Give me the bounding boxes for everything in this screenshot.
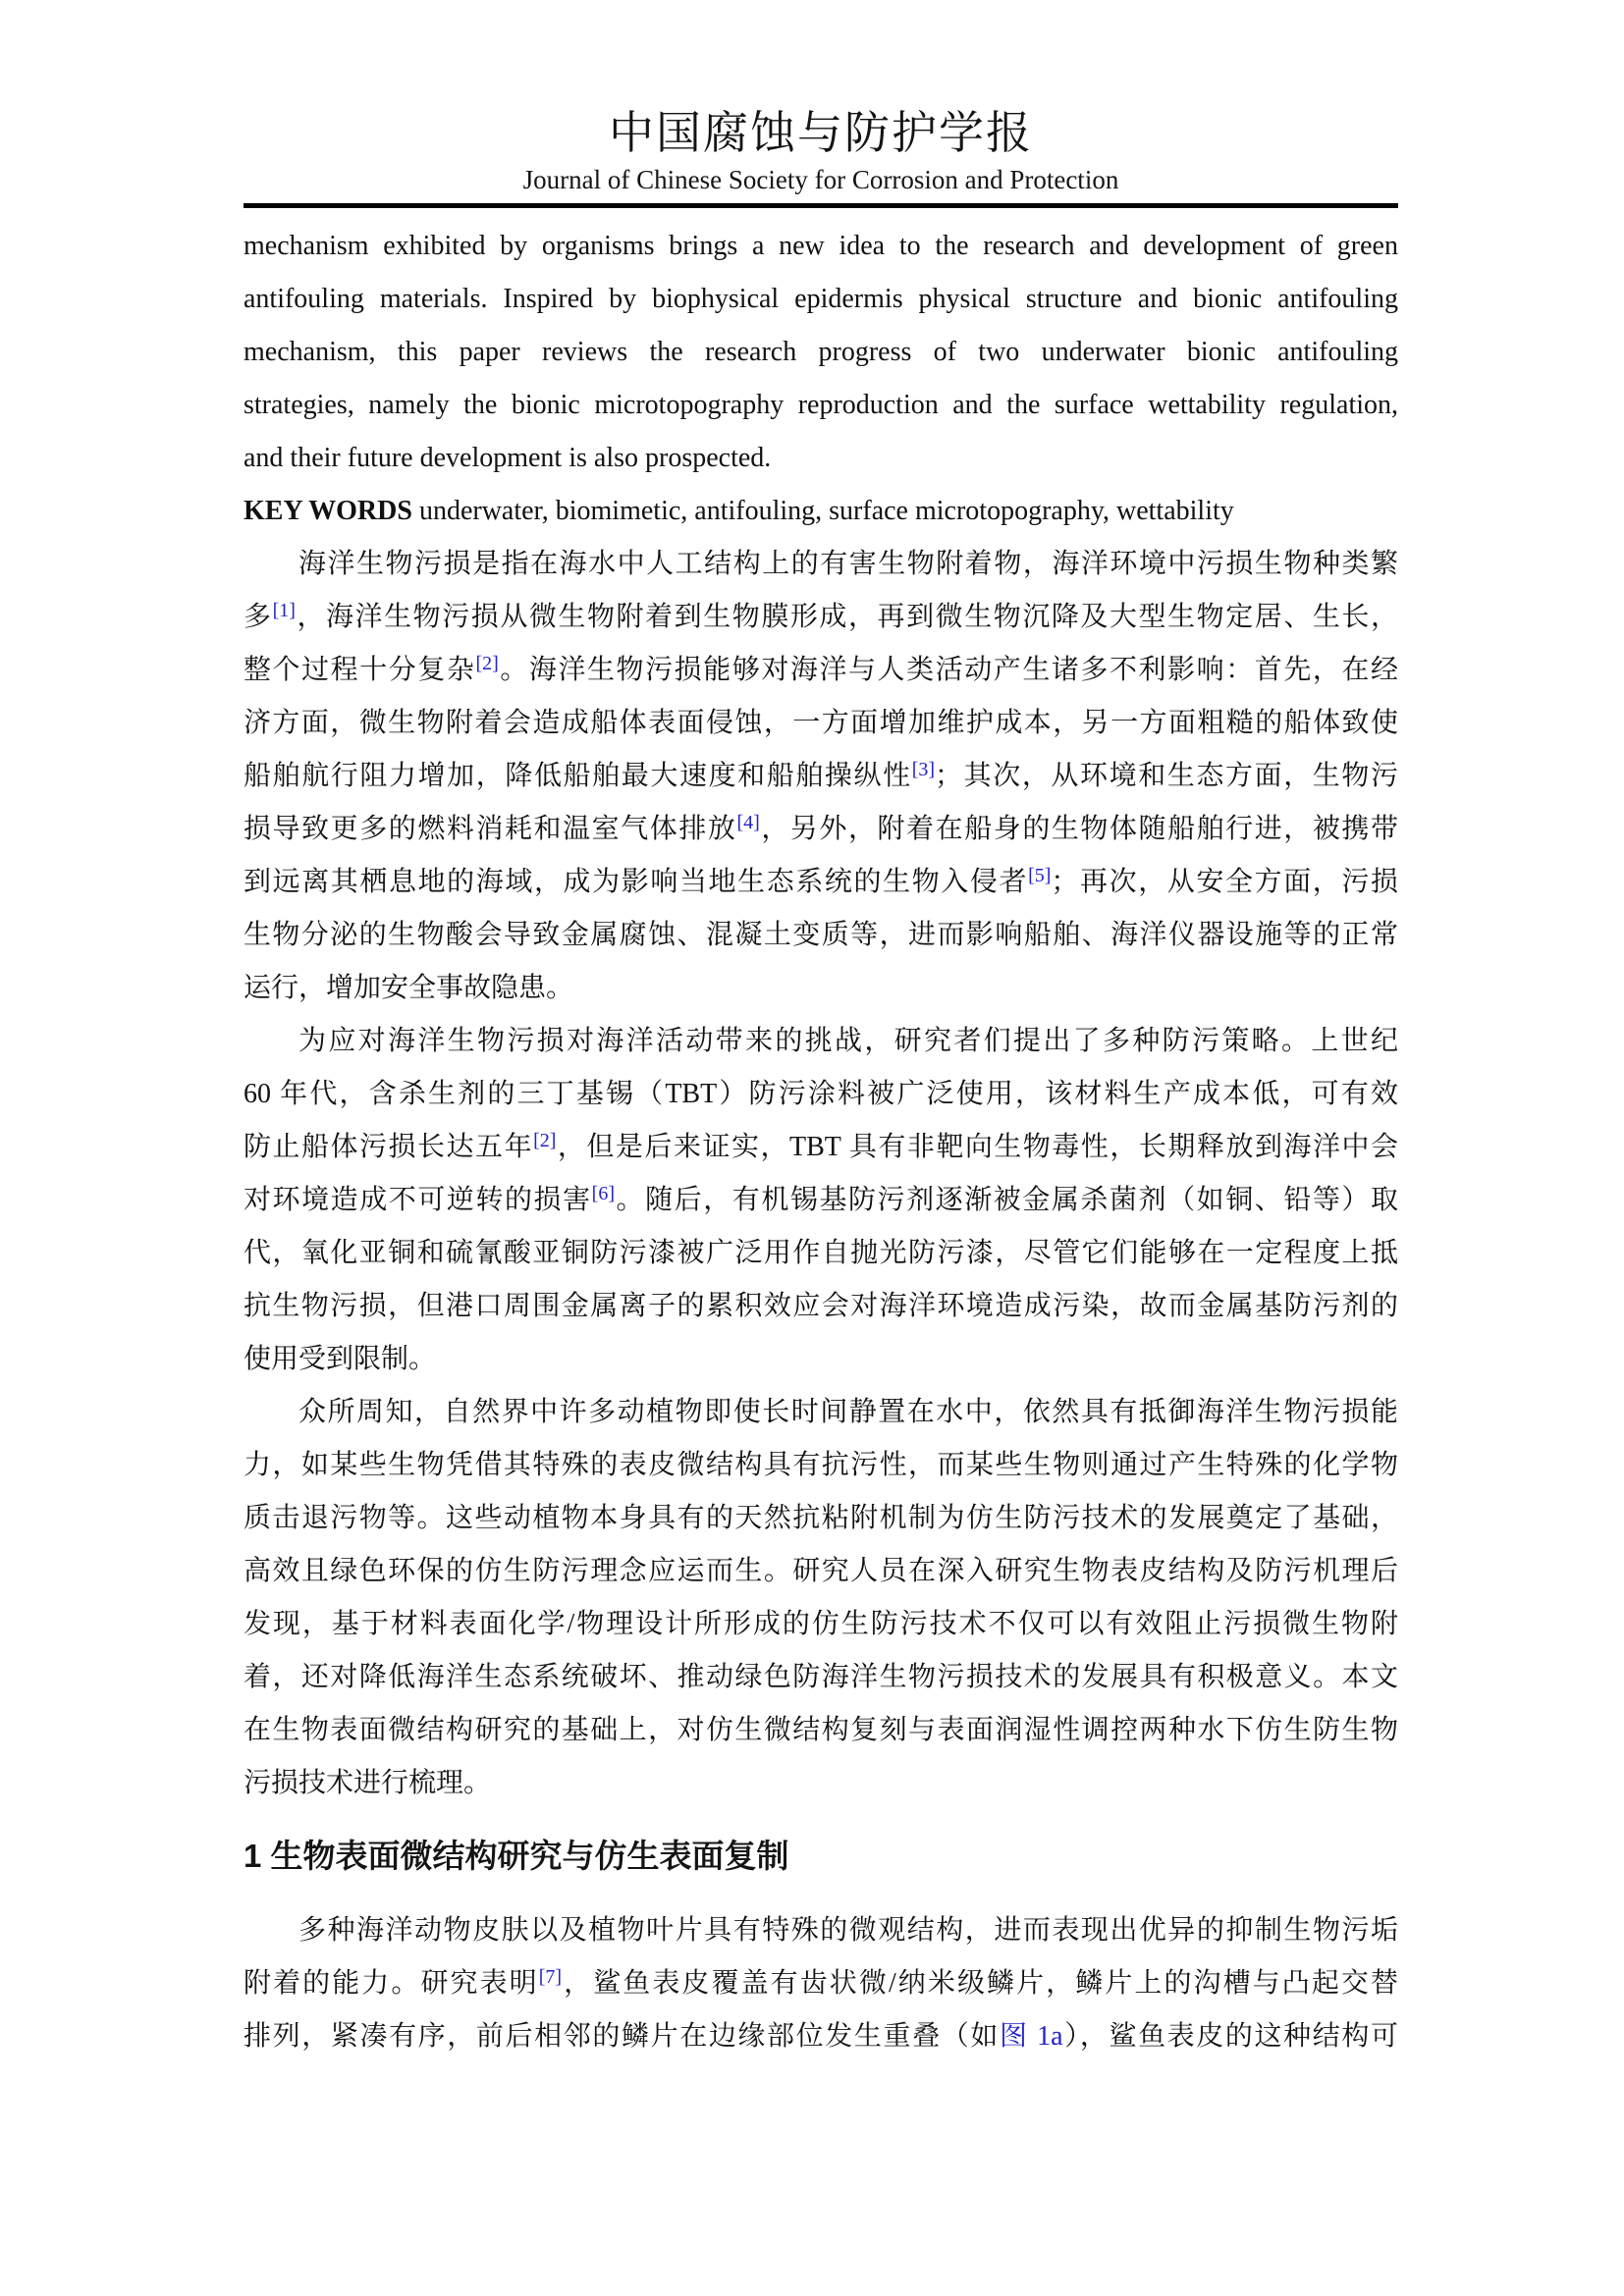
section-1-heading: 1 生物表面微结构研究与仿生表面复制 [244, 1834, 1398, 1879]
text-line: mechanism, this paper reviews the resear… [244, 326, 1398, 379]
text-segment: 运行，增加安全事故隐患。 [244, 973, 573, 1003]
journal-title-chinese: 中国腐蚀与防护学报 [244, 108, 1398, 159]
text-segment: 。海洋生物污损能够对海洋与人类活动产生诸多不利影响：首先，在经 [499, 655, 1398, 685]
text-segment: 对环境造成不可逆转的损害 [244, 1185, 592, 1215]
text-line: KEY WORDS underwater, biomimetic, antifo… [244, 485, 1398, 538]
text-line: 在生物表面微结构研究的基础上，对仿生微结构复刻与表面润湿性调控两种水下仿生防生物 [244, 1704, 1398, 1757]
citation-reference-link[interactable]: [2] [533, 1130, 556, 1151]
citation-reference-link[interactable]: [6] [592, 1183, 615, 1204]
text-line: 为应对海洋生物污损对海洋活动带来的挑战，研究者们提出了多种防污策略。上世纪 [244, 1015, 1398, 1068]
text-line: 运行，增加安全事故隐患。 [244, 962, 1398, 1015]
citation-reference-link[interactable]: [5] [1028, 865, 1051, 886]
figure-link[interactable]: 图 1a [1000, 2021, 1063, 2052]
text-line: 对环境造成不可逆转的损害[6]。随后，有机锡基防污剂逐渐被金属杀菌剂（如铜、铅等… [244, 1174, 1398, 1227]
text-segment: 防止船体污损长达五年 [244, 1132, 533, 1162]
text-segment: 损导致更多的燃料消耗和温室气体排放 [244, 814, 736, 844]
text-segment: 济方面，微生物附着会造成船体表面侵蚀，一方面增加维护成本，另一方面粗糙的船体致使 [244, 708, 1398, 738]
text-line: and their future development is also pro… [244, 432, 1398, 485]
text-segment: 排列，紧凑有序，前后相邻的鳞片在边缘部位发生重叠（如 [244, 2021, 1000, 2052]
text-line: antifouling materials. Inspired by bioph… [244, 273, 1398, 326]
text-line: 着，还对降低海洋生态系统破坏、推动绿色防海洋生物污损技术的发展具有积极意义。本文 [244, 1651, 1398, 1704]
text-segment: 质击退污物等。这些动植物本身具有的天然抗粘附机制为仿生防污技术的发展奠定了基础， [244, 1503, 1398, 1533]
text-line: 海洋生物污损是指在海水中人工结构上的有害生物附着物，海洋环境中污损生物种类繁 [244, 538, 1398, 591]
text-segment: 1 生物表面微结构研究与仿生表面复制 [244, 1838, 789, 1874]
text-segment: underwater, biomimetic, antifouling, sur… [412, 496, 1234, 526]
text-segment: and their future development is also pro… [244, 443, 771, 473]
text-line: 众所周知，自然界中许多动植物即使长时间静置在水中，依然具有抵御海洋生物污损能 [244, 1386, 1398, 1439]
text-line: 船舶航行阻力增加，降低船舶最大速度和船舶操纵性[3]；其次，从环境和生态方面，生… [244, 750, 1398, 803]
document-body: mechanism exhibited by organisms brings … [244, 220, 1398, 2063]
citation-reference-link[interactable]: [2] [475, 653, 498, 674]
keywords-label: KEY WORDS [244, 496, 412, 526]
keywords-line: KEY WORDS underwater, biomimetic, antifo… [244, 485, 1398, 538]
text-segment: 生物分泌的生物酸会导致金属腐蚀、混凝土变质等，进而影响船舶、海洋仪器设施等的正常 [244, 920, 1398, 950]
text-segment: ，鲨鱼表皮覆盖有齿状微/纳米级鳞片，鳞片上的沟槽与凸起交替 [562, 1968, 1398, 1999]
section-1-paragraph: 多种海洋动物皮肤以及植物叶片具有特殊的微观结构，进而表现出优异的抑制生物污垢附着… [244, 1904, 1398, 2063]
text-segment: ），鲨鱼表皮的这种结构可 [1063, 2021, 1398, 2052]
text-segment: 发现，基于材料表面化学/物理设计所形成的仿生防污技术不仅可以有效阻止污损微生物附 [244, 1609, 1398, 1639]
text-line: 生物分泌的生物酸会导致金属腐蚀、混凝土变质等，进而影响船舶、海洋仪器设施等的正常 [244, 909, 1398, 962]
fouling-impact-paragraph: 海洋生物污损是指在海水中人工结构上的有害生物附着物，海洋环境中污损生物种类繁多[… [244, 538, 1398, 1015]
text-segment: 到远离其栖息地的海域，成为影响当地生态系统的生物入侵者 [244, 867, 1028, 897]
text-line: 多种海洋动物皮肤以及植物叶片具有特殊的微观结构，进而表现出优异的抑制生物污垢 [244, 1904, 1398, 1957]
text-segment: 代，氧化亚铜和硫氰酸亚铜防污漆被广泛用作自抛光防污漆，尽管它们能够在一定程度上抵 [244, 1238, 1398, 1268]
citation-reference-link[interactable]: [4] [736, 812, 759, 833]
text-line: 污损技术进行梳理。 [244, 1757, 1398, 1810]
text-segment: ，另外，附着在船身的生物体随船舶行进，被携带 [760, 814, 1398, 844]
header-divider [244, 203, 1398, 208]
text-segment: ，海洋生物污损从微生物附着到生物膜形成，再到微生物沉降及大型生物定居、生长， [296, 602, 1398, 632]
text-segment: strategies, namely the bionic microtopog… [244, 390, 1398, 420]
text-segment: 。随后，有机锡基防污剂逐渐被金属杀菌剂（如铜、铅等）取 [615, 1185, 1398, 1215]
text-line: 力，如某些生物凭借其特殊的表皮微结构具有抗污性，而某些生物则通过产生特殊的化学物 [244, 1439, 1398, 1492]
journal-header: 中国腐蚀与防护学报 Journal of Chinese Society for… [244, 0, 1398, 208]
text-line: 抗生物污损，但港口周围金属离子的累积效应会对海洋环境造成污染，故而金属基防污剂的 [244, 1280, 1398, 1333]
text-segment: 船舶航行阻力增加，降低船舶最大速度和船舶操纵性 [244, 761, 912, 791]
text-line: 到远离其栖息地的海域，成为影响当地生态系统的生物入侵者[5]；再次，从安全方面，… [244, 856, 1398, 909]
citation-reference-link[interactable]: [7] [539, 1966, 562, 1988]
text-line: 防止船体污损长达五年[2]，但是后来证实，TBT 具有非靶向生物毒性，长期释放到… [244, 1121, 1398, 1174]
text-line: 附着的能力。研究表明[7]，鲨鱼表皮覆盖有齿状微/纳米级鳞片，鳞片上的沟槽与凸起… [244, 1957, 1398, 2010]
text-line: 使用受到限制。 [244, 1333, 1398, 1386]
text-line: 高效且绿色环保的仿生防污理念应运而生。研究人员在深入研究生物表皮结构及防污机理后 [244, 1545, 1398, 1598]
text-segment: 污损技术进行梳理。 [244, 1768, 491, 1798]
text-segment: 抗生物污损，但港口周围金属离子的累积效应会对海洋环境造成污染，故而金属基防污剂的 [244, 1291, 1398, 1321]
document-page: 中国腐蚀与防护学报 Journal of Chinese Society for… [244, 0, 1398, 2063]
text-line: 1 生物表面微结构研究与仿生表面复制 [244, 1834, 1398, 1879]
text-segment: ；其次，从环境和生态方面，生物污 [935, 761, 1398, 791]
text-segment: 附着的能力。研究表明 [244, 1968, 539, 1999]
text-segment: mechanism exhibited by organisms brings … [244, 231, 1398, 261]
text-line: 整个过程十分复杂[2]。海洋生物污损能够对海洋与人类活动产生诸多不利影响：首先，… [244, 644, 1398, 697]
text-segment: 使用受到限制。 [244, 1344, 436, 1374]
citation-reference-link[interactable]: [1] [273, 600, 296, 621]
text-segment: 60 年代，含杀生剂的三丁基锡（TBT）防污涂料被广泛使用，该材料生产成本低，可… [244, 1079, 1398, 1109]
text-segment: 众所周知，自然界中许多动植物即使长时间静置在水中，依然具有抵御海洋生物污损能 [298, 1397, 1398, 1427]
text-line: 60 年代，含杀生剂的三丁基锡（TBT）防污涂料被广泛使用，该材料生产成本低，可… [244, 1068, 1398, 1121]
text-segment: ，但是后来证实，TBT 具有非靶向生物毒性，长期释放到海洋中会 [556, 1132, 1398, 1162]
text-line: 代，氧化亚铜和硫氰酸亚铜防污漆被广泛用作自抛光防污漆，尽管它们能够在一定程度上抵 [244, 1227, 1398, 1280]
abstract-english-paragraph: mechanism exhibited by organisms brings … [244, 220, 1398, 485]
text-segment: 海洋生物污损是指在海水中人工结构上的有害生物附着物，海洋环境中污损生物种类繁 [298, 549, 1398, 579]
text-segment: 为应对海洋生物污损对海洋活动带来的挑战，研究者们提出了多种防污策略。上世纪 [298, 1026, 1398, 1056]
text-segment: 着，还对降低海洋生态系统破坏、推动绿色防海洋生物污损技术的发展具有积极意义。本文 [244, 1662, 1398, 1692]
journal-title-english: Journal of Chinese Society for Corrosion… [244, 163, 1398, 196]
text-segment: 多种海洋动物皮肤以及植物叶片具有特殊的微观结构，进而表现出优异的抑制生物污垢 [298, 1915, 1398, 1946]
text-line: mechanism exhibited by organisms brings … [244, 220, 1398, 273]
text-line: 发现，基于材料表面化学/物理设计所形成的仿生防污技术不仅可以有效阻止污损微生物附 [244, 1598, 1398, 1651]
text-line: 质击退污物等。这些动植物本身具有的天然抗粘附机制为仿生防污技术的发展奠定了基础， [244, 1492, 1398, 1545]
bionic-inspiration-paragraph: 众所周知，自然界中许多动植物即使长时间静置在水中，依然具有抵御海洋生物污损能力，… [244, 1386, 1398, 1810]
antifouling-history-paragraph: 为应对海洋生物污损对海洋活动带来的挑战，研究者们提出了多种防污策略。上世纪60 … [244, 1015, 1398, 1386]
citation-reference-link[interactable]: [3] [912, 759, 935, 780]
text-segment: 在生物表面微结构研究的基础上，对仿生微结构复刻与表面润湿性调控两种水下仿生防生物 [244, 1715, 1398, 1745]
text-line: 济方面，微生物附着会造成船体表面侵蚀，一方面增加维护成本，另一方面粗糙的船体致使 [244, 697, 1398, 750]
text-segment: mechanism, this paper reviews the resear… [244, 337, 1398, 367]
text-segment: antifouling materials. Inspired by bioph… [244, 284, 1398, 314]
text-line: 多[1]，海洋生物污损从微生物附着到生物膜形成，再到微生物沉降及大型生物定居、生… [244, 591, 1398, 644]
text-segment: 力，如某些生物凭借其特殊的表皮微结构具有抗污性，而某些生物则通过产生特殊的化学物 [244, 1450, 1398, 1480]
text-segment: 多 [244, 602, 273, 632]
text-line: 损导致更多的燃料消耗和温室气体排放[4]，另外，附着在船身的生物体随船舶行进，被… [244, 803, 1398, 856]
text-line: 排列，紧凑有序，前后相邻的鳞片在边缘部位发生重叠（如图 1a），鲨鱼表皮的这种结… [244, 2010, 1398, 2063]
text-segment: 整个过程十分复杂 [244, 655, 475, 685]
text-segment: 高效且绿色环保的仿生防污理念应运而生。研究人员在深入研究生物表皮结构及防污机理后 [244, 1556, 1398, 1586]
text-line: strategies, namely the bionic microtopog… [244, 379, 1398, 432]
text-segment: ；再次，从安全方面，污损 [1051, 867, 1398, 897]
